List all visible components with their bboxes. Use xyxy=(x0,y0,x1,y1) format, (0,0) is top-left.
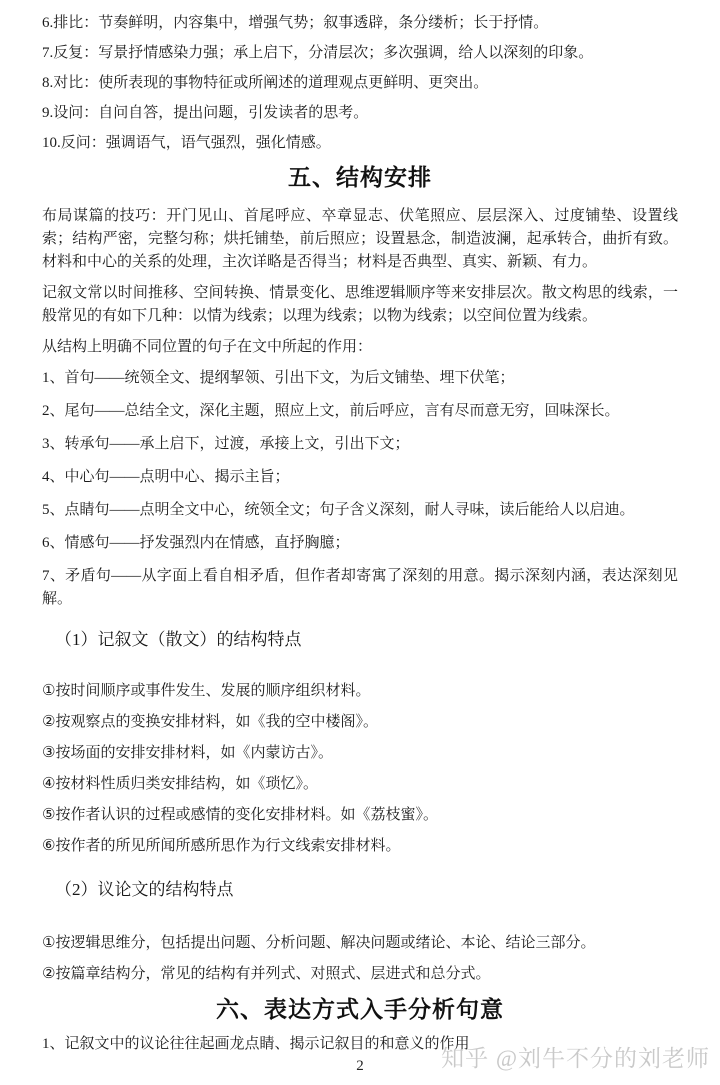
narrative-feature-6: ⑥按作者的所见所闻所感所思作为行文线索安排材料。 xyxy=(42,835,678,857)
rhetoric-item-paibi: 6.排比：节奏鲜明，内容集中，增强气势；叙事透辟，条分缕析；长于抒情。 xyxy=(42,12,678,34)
rhetoric-item-fanwen: 10.反问：强调语气，语气强烈，强化情感。 xyxy=(42,132,678,154)
role-transition-sentence: 3、转承句——承上启下，过渡，承接上文，引出下文； xyxy=(42,433,678,456)
argument-feature-2: ②按篇章结构分，常见的结构有并列式、对照式、层进式和总分式。 xyxy=(42,963,678,985)
role-emotion-sentence: 6、情感句——抒发强烈内在情感，直抒胸臆； xyxy=(42,532,678,555)
narrative-feature-5: ⑤按作者认识的过程或感情的变化安排材料。如《荔枝蜜》。 xyxy=(42,804,678,826)
page-number: 2 xyxy=(42,1059,678,1073)
narrative-clue-paragraph: 记叙文常以时间推移、空间转换、情景变化、思维逻辑顺序等来安排层次。散文构思的线索… xyxy=(42,282,678,328)
section-5-heading: 五、结构安排 xyxy=(42,162,678,193)
document-page: 6.排比：节奏鲜明，内容集中，增强气势；叙事透辟，条分缕析；长于抒情。 7.反复… xyxy=(0,0,720,1073)
narrative-feature-4: ④按材料性质归类安排结构，如《琐忆》。 xyxy=(42,773,678,795)
rhetoric-item-fanfu: 7.反复：写景抒情感染力强；承上启下，分清层次；多次强调，给人以深刻的印象。 xyxy=(42,42,678,64)
sentence-role-intro: 从结构上明确不同位置的句子在文中所起的作用： xyxy=(42,336,678,359)
section-6-item-1: 1、记叙文中的议论往往起画龙点睛、揭示记叙目的和意义的作用 xyxy=(42,1033,678,1056)
argument-feature-1: ①按逻辑思维分，包括提出问题、分析问题、解决问题或绪论、本论、结论三部分。 xyxy=(42,932,678,954)
narrative-feature-2: ②按观察点的变换安排材料，如《我的空中楼阁》。 xyxy=(42,711,678,733)
rhetoric-item-duibi: 8.对比：使所表现的事物特征或所阐述的道理观点更鲜明、更突出。 xyxy=(42,72,678,94)
role-first-sentence: 1、首句——统领全文、提纲挈领、引出下文，为后文铺垫、埋下伏笔； xyxy=(42,367,678,390)
rhetoric-item-shewen: 9.设问：自问自答，提出问题，引发读者的思考。 xyxy=(42,102,678,124)
subsection-1-heading: （1）记叙文（散文）的结构特点 xyxy=(55,627,678,652)
subsection-2-heading: （2）议论文的结构特点 xyxy=(55,877,678,902)
role-paradox-sentence: 7、矛盾句——从字面上看自相矛盾，但作者却寄寓了深刻的用意。揭示深刻内涵，表达深… xyxy=(42,565,678,611)
narrative-feature-1: ①按时间顺序或事件发生、发展的顺序组织材料。 xyxy=(42,680,678,702)
role-last-sentence: 2、尾句——总结全文，深化主题，照应上文，前后呼应，言有尽而意无穷，回味深长。 xyxy=(42,400,678,423)
section-6-heading: 六、表达方式入手分析句意 xyxy=(42,994,678,1025)
role-central-sentence: 4、中心句——点明中心、揭示主旨； xyxy=(42,466,678,489)
role-highlight-sentence: 5、点睛句——点明全文中心，统领全文；句子含义深刻，耐人寻味，读后能给人以启迪。 xyxy=(42,499,678,522)
narrative-feature-3: ③按场面的安排安排材料，如《内蒙访古》。 xyxy=(42,742,678,764)
layout-techniques-paragraph: 布局谋篇的技巧：开门见山、首尾呼应、卒章显志、伏笔照应、层层深入、过度铺垫、设置… xyxy=(42,205,678,274)
